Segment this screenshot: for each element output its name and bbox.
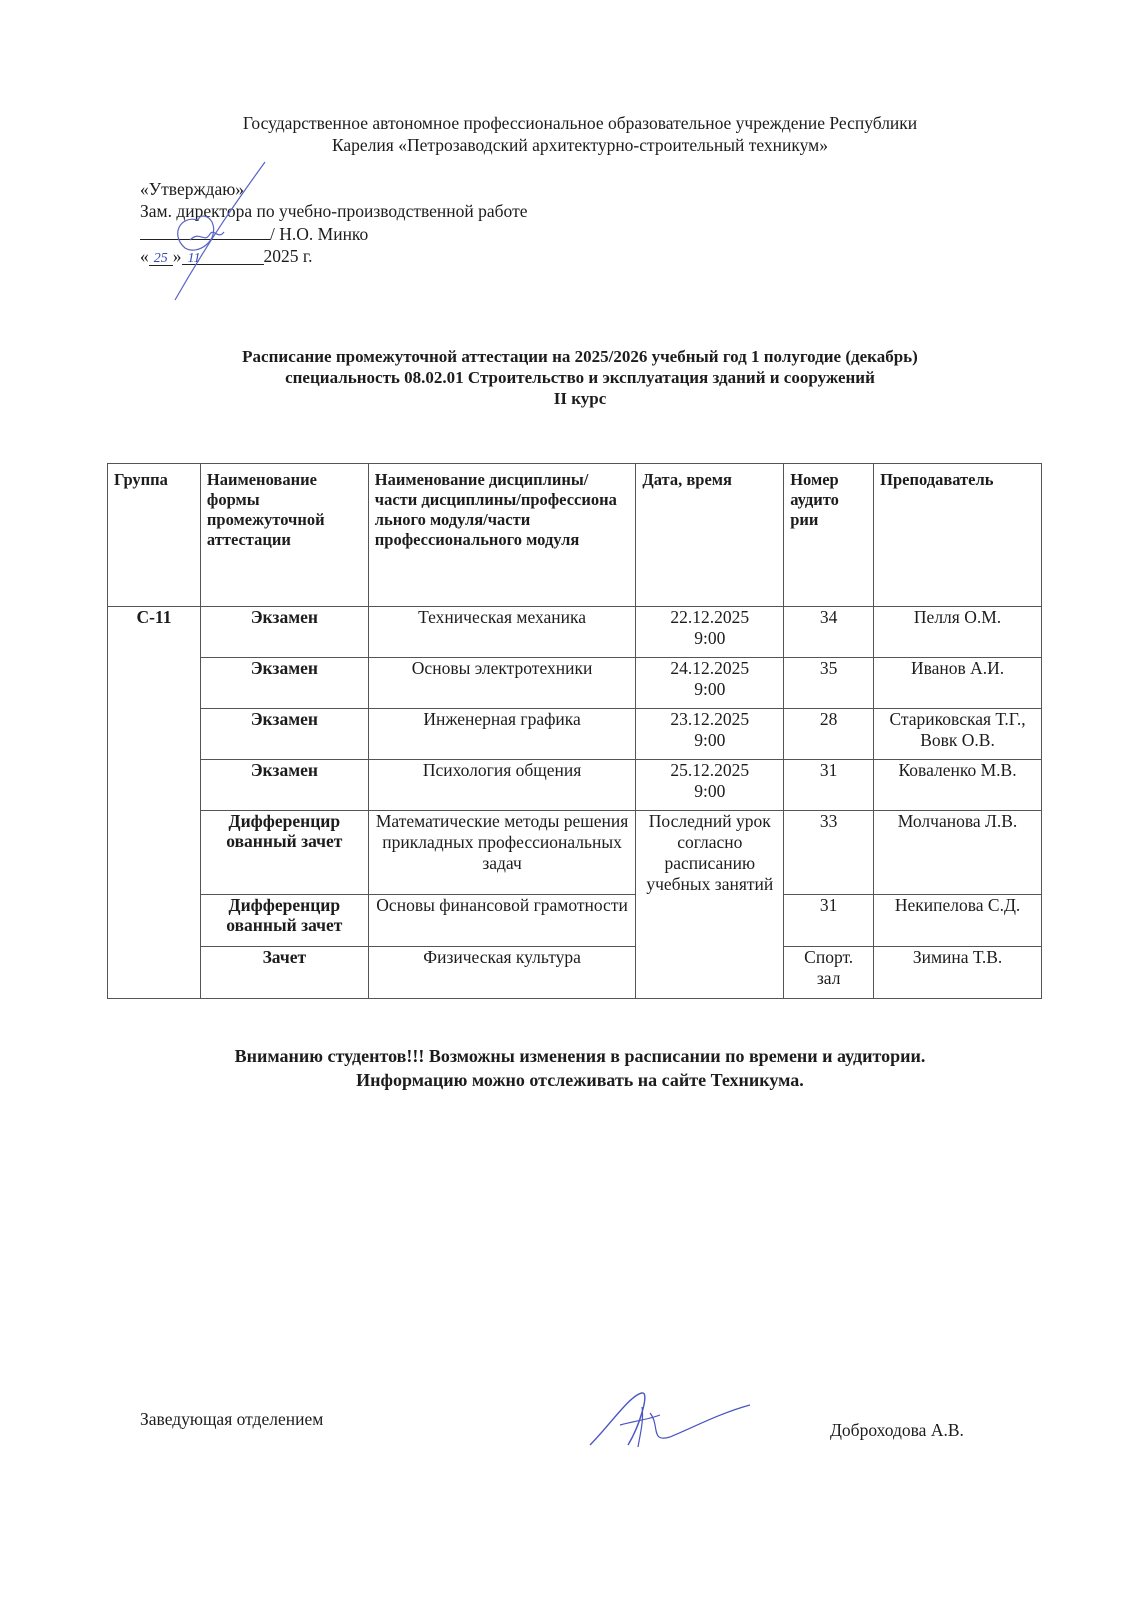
discipline-cell: Физическая культура xyxy=(368,947,636,999)
approval-signature-icon xyxy=(140,160,300,310)
teacher-cell: Стариковская Т.Г., Вовк О.В. xyxy=(874,709,1042,760)
discipline-cell: Математические методы решения прикладных… xyxy=(368,811,636,895)
form-cell: Дифференцир ованный зачет xyxy=(200,811,368,895)
discipline-cell: Основы финансовой грамотности xyxy=(368,895,636,947)
document-title: Расписание промежуточной аттестации на 2… xyxy=(140,346,1020,409)
header-group: Группа xyxy=(108,464,201,607)
date-value: 24.12.2025 xyxy=(642,658,777,679)
header-form: Наименование формы промежуточной аттеста… xyxy=(200,464,368,607)
room-cell: 34 xyxy=(784,607,874,658)
time-value: 9:00 xyxy=(642,781,777,802)
footer-signature-icon xyxy=(580,1385,760,1455)
organization-line-2: Карелия «Петрозаводский архитектурно-стр… xyxy=(140,134,1020,156)
header-discipline: Наименование дисциплины/части дисциплины… xyxy=(368,464,636,607)
teacher-cell: Пелля О.М. xyxy=(874,607,1042,658)
student-notice: Вниманию студентов!!! Возможны изменения… xyxy=(120,1044,1040,1092)
group-cell: С-11 xyxy=(108,607,201,999)
organization-line-1: Государственное автономное профессиональ… xyxy=(140,112,1020,134)
teacher-cell: Зимина Т.В. xyxy=(874,947,1042,999)
date-cell: 25.12.20259:00 xyxy=(636,760,784,811)
header-room: Номер аудито рии xyxy=(784,464,874,607)
teacher-cell: Коваленко М.В. xyxy=(874,760,1042,811)
room-cell: 31 xyxy=(784,895,874,947)
date-value: 22.12.2025 xyxy=(642,607,777,628)
date-cell: 23.12.20259:00 xyxy=(636,709,784,760)
room-cell: 28 xyxy=(784,709,874,760)
notice-line-2: Информацию можно отслеживать на сайте Те… xyxy=(120,1068,1040,1092)
time-value: 9:00 xyxy=(642,730,777,751)
footer-name: Доброходова А.В. xyxy=(830,1420,964,1441)
schedule-table: Группа Наименование формы промежуточной … xyxy=(107,463,1042,999)
discipline-cell: Техническая механика xyxy=(368,607,636,658)
header-teacher: Преподаватель xyxy=(874,464,1042,607)
discipline-cell: Психология общения xyxy=(368,760,636,811)
teacher-cell: Молчанова Л.В. xyxy=(874,811,1042,895)
time-value: 9:00 xyxy=(642,628,777,649)
date-cell: 24.12.20259:00 xyxy=(636,658,784,709)
footer-position: Заведующая отделением xyxy=(140,1409,323,1430)
organization-header: Государственное автономное профессиональ… xyxy=(140,112,1020,156)
table-row: Экзамен Инженерная графика 23.12.20259:0… xyxy=(108,709,1042,760)
table-row: Дифференцир ованный зачет Основы финансо… xyxy=(108,895,1042,947)
table-row: Экзамен Основы электротехники 24.12.2025… xyxy=(108,658,1042,709)
discipline-cell: Основы электротехники xyxy=(368,658,636,709)
time-value: 9:00 xyxy=(642,679,777,700)
title-line-3: II курс xyxy=(140,388,1020,409)
date-cell-shared: Последний урок согласно расписанию учебн… xyxy=(636,811,784,999)
form-cell: Экзамен xyxy=(200,658,368,709)
form-cell: Экзамен xyxy=(200,709,368,760)
header-date: Дата, время xyxy=(636,464,784,607)
form-cell: Экзамен xyxy=(200,760,368,811)
discipline-cell: Инженерная графика xyxy=(368,709,636,760)
table-row: С-11 Экзамен Техническая механика 22.12.… xyxy=(108,607,1042,658)
teacher-cell: Иванов А.И. xyxy=(874,658,1042,709)
teacher-cell: Некипелова С.Д. xyxy=(874,895,1042,947)
table-row: Зачет Физическая культура Спорт. зал Зим… xyxy=(108,947,1042,999)
room-cell: 31 xyxy=(784,760,874,811)
room-cell: 33 xyxy=(784,811,874,895)
form-cell: Дифференцир ованный зачет xyxy=(200,895,368,947)
form-cell: Экзамен xyxy=(200,607,368,658)
date-cell: 22.12.20259:00 xyxy=(636,607,784,658)
notice-line-1: Вниманию студентов!!! Возможны изменения… xyxy=(120,1044,1040,1068)
table-header-row: Группа Наименование формы промежуточной … xyxy=(108,464,1042,607)
date-value: 23.12.2025 xyxy=(642,709,777,730)
room-cell: 35 xyxy=(784,658,874,709)
table-row: Дифференцир ованный зачет Математические… xyxy=(108,811,1042,895)
date-value: 25.12.2025 xyxy=(642,760,777,781)
title-line-2: специальность 08.02.01 Строительство и э… xyxy=(140,367,1020,388)
form-cell: Зачет xyxy=(200,947,368,999)
title-line-1: Расписание промежуточной аттестации на 2… xyxy=(140,346,1020,367)
table-row: Экзамен Психология общения 25.12.20259:0… xyxy=(108,760,1042,811)
room-cell: Спорт. зал xyxy=(784,947,874,999)
